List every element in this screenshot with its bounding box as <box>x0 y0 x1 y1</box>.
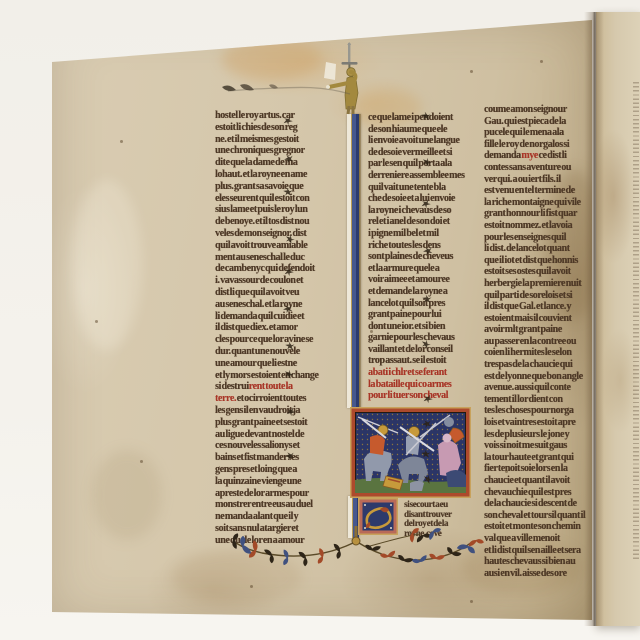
text-line: sius lame et puis le roy lun <box>215 204 347 216</box>
text-line: au ligue devant nostel de <box>215 429 347 441</box>
text-line: pour li tuer son cheval <box>368 390 474 402</box>
text-line: si secourt a eu <box>404 500 476 510</box>
text-line: et demande la royne a <box>368 286 474 298</box>
text-line: estoit li chies de son reg <box>215 122 347 134</box>
miniature-battle-scene <box>350 407 471 498</box>
top-vine <box>220 76 352 104</box>
text-line: de son hiaume que ele <box>368 124 474 136</box>
text-line: par le sen quil porta ala <box>368 158 474 170</box>
text-line: de benoye. et il tos dist nou <box>215 216 347 228</box>
text-line: apreste de lor armes pour <box>215 488 347 500</box>
text-line: eles seurent quil estoit con <box>215 193 347 205</box>
text-line: gens pres et loing que a <box>215 464 347 476</box>
foxing-speck <box>370 330 373 333</box>
page-stain <box>72 180 142 350</box>
rubric-text: mye <box>521 150 538 161</box>
text-line: une chroniques gregnor <box>215 145 347 157</box>
bottom-vine <box>220 520 486 592</box>
text-line: dont une ior. et si bien <box>368 321 474 333</box>
text-line: dite que la dame de ma <box>215 157 347 169</box>
text-line: che de soie et a lui envoie <box>368 193 474 205</box>
text-line: grant paine pour lui <box>368 309 474 321</box>
text-line: i pigne mil bel et mil <box>368 228 474 240</box>
text-line: sont plaines de cheveus <box>368 251 474 263</box>
foxing-speck <box>470 70 473 73</box>
text-column-left: hostel le roy artus. carestoit li chies … <box>215 110 347 546</box>
text-line: voir aimee et amouree <box>368 274 474 286</box>
text-line: dist li que quil avoit veu <box>215 287 347 299</box>
text-line: et la armure quele a <box>368 263 474 275</box>
text-line: disant trouver <box>404 510 476 520</box>
foxing-speck <box>250 585 253 588</box>
text-line: ces nouveles salionys et <box>215 440 347 452</box>
text-line: li demanda quil cuidie et <box>215 311 347 323</box>
page-stain <box>92 450 162 540</box>
foxing-speck <box>540 60 543 63</box>
text-line: garnie pour les chevaus <box>368 332 474 344</box>
text-line: une amour que li estne <box>215 358 347 370</box>
text-line: vaillant et de lor conseil <box>368 344 474 356</box>
text-line: dur. quant une nouvele <box>215 346 347 358</box>
foxing-speck <box>200 38 203 41</box>
text-line: li envoie avoit une langue <box>368 135 474 147</box>
text-line: trop assaut. se il estoit <box>368 355 474 367</box>
text-line: au seneschal. et la royne <box>215 299 347 311</box>
text-line: il dist que diex. et amor <box>215 322 347 334</box>
text-line: si destruirent toute la <box>215 381 347 393</box>
foxing-speck <box>505 470 508 473</box>
gutter-crease <box>584 12 604 626</box>
text-line: plus. grant sa savoie que <box>215 181 347 193</box>
foxing-speck <box>95 320 98 323</box>
text-line: les gens il en vaudroit ja <box>215 405 347 417</box>
text-column-middle: ce que lame i pendoientde son hiaume que… <box>368 112 474 402</box>
text-line: de desoie vermeille et si <box>368 147 474 159</box>
facing-page-text-edge <box>633 82 639 560</box>
text-line: cles pour ce que lor avine se <box>215 334 347 346</box>
rubric-text: la bataille qui co armes <box>368 379 451 390</box>
rubric-text: terre. <box>215 393 236 404</box>
text-line: ce que lame i pendoient <box>368 112 474 124</box>
rubric-text: pour li tuer son cheval <box>368 390 448 401</box>
text-line: plus grant paine et sestoit <box>215 417 347 429</box>
text-line: la bataille qui co armes <box>368 379 474 391</box>
text-line: et ly mors estoient en change <box>215 370 347 382</box>
text-line: ment au seneschal le duc <box>215 252 347 264</box>
text-line: quil avoit trouve amiable <box>215 240 347 252</box>
text-line: de cambenyc qui defendoit <box>215 263 347 275</box>
text-line: rel et i anel de son doi et <box>368 216 474 228</box>
text-line: bains et fist mander ses <box>215 452 347 464</box>
text-line: lohaut. et la royne en ame <box>215 169 347 181</box>
text-line: la royne i chevaus de so <box>368 205 474 217</box>
page-stain <box>222 38 322 80</box>
foxing-speck <box>120 140 123 143</box>
text-line: lancelot quil soit pres <box>368 298 474 310</box>
text-line: abati i chlr et se ferant <box>368 367 474 379</box>
foxing-speck <box>140 460 143 463</box>
text-line: veles de mon seignor. dist <box>215 228 347 240</box>
manuscript-page: hostel le roy artus. carestoit li chies … <box>52 20 592 620</box>
text-line: monstrer entre eus au duel <box>215 499 347 511</box>
text-line: riche toutes les dens <box>368 240 474 252</box>
text-line: la quinzaine vienge une <box>215 476 347 488</box>
rubric-text: abati i chlr et se ferant <box>368 367 447 378</box>
text-line: i. vavassour de coulon et <box>215 275 347 287</box>
text-line: terre. et ocirroient toutes <box>215 393 347 405</box>
foxing-speck <box>470 600 473 603</box>
text-line: derreniere assemblee mes <box>368 170 474 182</box>
text-line: ne. et il meismes gestoit <box>215 134 347 146</box>
border-bar <box>347 114 361 408</box>
rubric-text: rent toute la <box>249 381 293 392</box>
text-line: quil vait une tente bla <box>368 182 474 194</box>
